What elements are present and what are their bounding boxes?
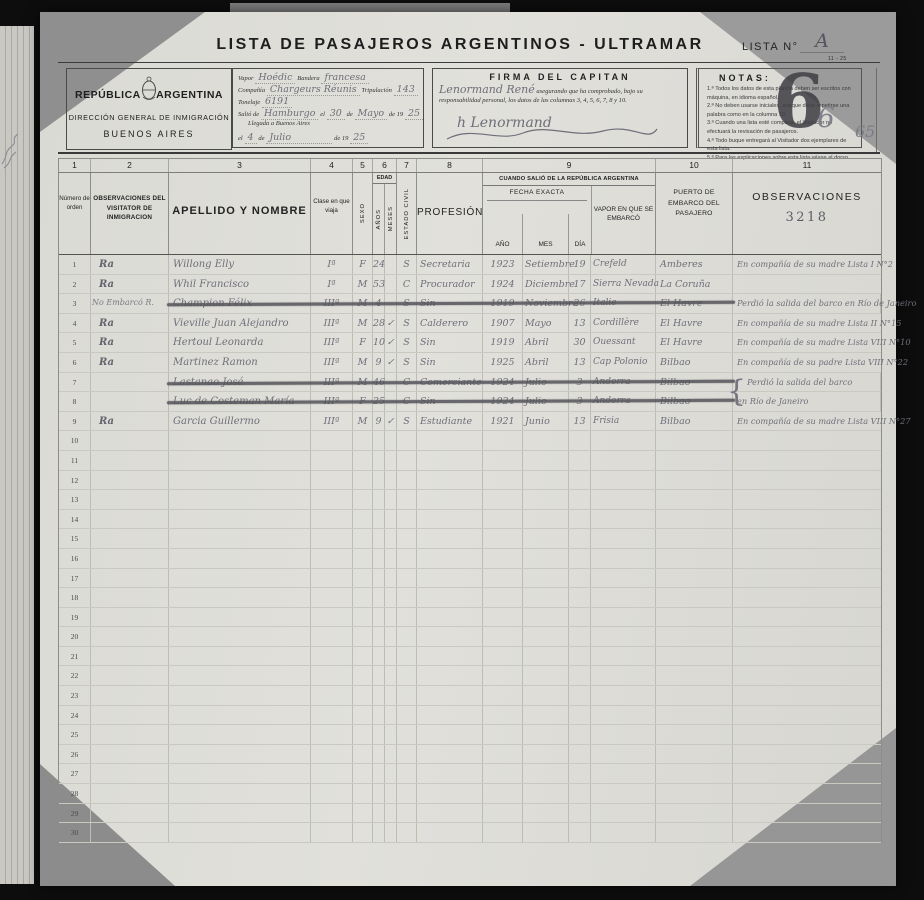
cell-mes: [523, 588, 569, 607]
table-row: 26: [59, 745, 881, 765]
cell-clase: [311, 471, 353, 490]
cell-vapor: [591, 647, 656, 666]
cell-vapor: [591, 764, 656, 783]
page-title: LISTA DE PASAJEROS ARGENTINOS - ULTRAMAR: [180, 36, 740, 54]
cell-name: [169, 666, 311, 685]
llegada-dia: 4: [245, 132, 257, 144]
cell-ano: 1925: [483, 353, 523, 372]
cell-mes: [523, 490, 569, 509]
cell-name: [169, 725, 311, 744]
cell-puerto: [656, 804, 733, 823]
cell-sexo: [353, 647, 373, 666]
cell-n: 2: [59, 275, 91, 294]
cell-anos: [373, 725, 385, 744]
cell-prof: [417, 529, 483, 548]
cell-anos: [373, 764, 385, 783]
cell-clase: [311, 823, 353, 842]
cell-mes: Abril: [523, 353, 569, 372]
cell-obs: En compañía de su madre Lista VIII N°27: [733, 412, 881, 431]
cell-n: 17: [59, 569, 91, 588]
cell-n: 21: [59, 647, 91, 666]
cell-ano: 1919: [483, 333, 523, 352]
cell-dia: [569, 725, 591, 744]
cell-mes: [523, 647, 569, 666]
salio-anio: 25: [405, 108, 423, 120]
table-row: 20: [59, 627, 881, 647]
coat-of-arms-icon: [139, 75, 159, 103]
cell-puerto: [656, 745, 733, 764]
cell-dia: 30: [569, 333, 591, 352]
cell-prof: [417, 608, 483, 627]
captain-title: FIRMA DEL CAPITAN: [439, 72, 681, 82]
cell-puerto: Bilbao: [656, 412, 733, 431]
cell-n: 1: [59, 255, 91, 274]
cell-mes: [523, 745, 569, 764]
cell-vis: [91, 706, 169, 725]
cell-name: Vieville Juan Alejandro: [169, 314, 311, 333]
cell-puerto: El Havre: [656, 333, 733, 352]
cell-ano: [483, 745, 523, 764]
column-number: 8: [417, 159, 483, 172]
cell-dia: [569, 804, 591, 823]
cell-anos: [373, 569, 385, 588]
cell-clase: [311, 647, 353, 666]
cell-anos: [373, 608, 385, 627]
cell-puerto: [656, 569, 733, 588]
cell-anos: [373, 588, 385, 607]
cell-ano: [483, 627, 523, 646]
cell-vapor: Cordillère: [591, 314, 656, 333]
cell-mes: [523, 686, 569, 705]
cell-name: [169, 431, 311, 450]
cell-n: 4: [59, 314, 91, 333]
cell-mes: [523, 569, 569, 588]
cell-clase: [311, 510, 353, 529]
cell-dia: [569, 431, 591, 450]
cell-vapor: [591, 706, 656, 725]
cell-estado: [397, 588, 417, 607]
cell-puerto: [656, 431, 733, 450]
cell-n: 19: [59, 608, 91, 627]
cell-vis: [91, 431, 169, 450]
cell-sexo: [353, 666, 373, 685]
cell-vapor: Cap Polonio: [591, 353, 656, 372]
cell-anos: [373, 745, 385, 764]
cell-n: 8: [59, 392, 91, 411]
cell-name: [169, 745, 311, 764]
table-row: 9RaGarcia GuillermoIIIªM9✓SEstudiante192…: [59, 412, 881, 432]
cell-clase: IIIª: [311, 412, 353, 431]
cell-mes: [523, 764, 569, 783]
cell-sexo: F: [353, 333, 373, 352]
cell-estado: [397, 725, 417, 744]
cell-obs: [733, 275, 881, 294]
header-mes: MES: [523, 214, 569, 254]
cell-name: [169, 569, 311, 588]
cell-prof: [417, 627, 483, 646]
cell-meses: [385, 666, 397, 685]
cell-sexo: M: [353, 412, 373, 431]
cell-puerto: [656, 529, 733, 548]
cell-puerto: La Coruña: [656, 275, 733, 294]
cell-vis: [91, 745, 169, 764]
de192-label: de 19: [334, 135, 348, 142]
cell-anos: [373, 431, 385, 450]
cell-name: Willong Elly: [169, 255, 311, 274]
org-buenos-aires: BUENOS AIRES: [67, 129, 231, 139]
table-row: 19: [59, 608, 881, 628]
table-row: 29: [59, 804, 881, 824]
table-row: 21: [59, 647, 881, 667]
cell-estado: [397, 745, 417, 764]
cell-dia: [569, 823, 591, 842]
cell-ano: [483, 647, 523, 666]
cell-sexo: [353, 725, 373, 744]
cell-vapor: [591, 686, 656, 705]
cell-mes: [523, 451, 569, 470]
cell-obs: Perdió la salida del barco: [733, 373, 881, 392]
cell-vapor: [591, 569, 656, 588]
table-row: 3No Embarcó R.Champion FélixIIIªM4SSin19…: [59, 294, 881, 314]
llegada-anio: 25: [350, 132, 368, 144]
cell-prof: [417, 647, 483, 666]
cell-clase: [311, 725, 353, 744]
lista-number-label: LISTA N°: [742, 41, 799, 53]
cell-name: [169, 706, 311, 725]
cell-ano: [483, 764, 523, 783]
table-body: 1RaWillong EllyIªF24SSecretaria1923Setie…: [59, 255, 881, 843]
cell-clase: [311, 745, 353, 764]
table-row: 22: [59, 666, 881, 686]
cell-puerto: [656, 471, 733, 490]
cell-n: 23: [59, 686, 91, 705]
cell-obs: En compañía de su madre Lista VIII N°10: [733, 333, 881, 352]
cell-ano: 1921: [483, 412, 523, 431]
cell-mes: [523, 706, 569, 725]
cell-vapor: [591, 725, 656, 744]
cell-puerto: [656, 608, 733, 627]
cell-anos: [373, 510, 385, 529]
table-row: 17: [59, 569, 881, 589]
header-clase: Clase en que viaja: [311, 173, 353, 254]
cell-estado: S: [397, 255, 417, 274]
cell-meses: [385, 275, 397, 294]
header-meses: MESES: [384, 184, 396, 254]
cell-ano: [483, 471, 523, 490]
table-row: 15: [59, 529, 881, 549]
cell-anos: [373, 451, 385, 470]
cell-vapor: [591, 627, 656, 646]
cell-mes: [523, 804, 569, 823]
cell-name: Hertoul Leonarda: [169, 333, 311, 352]
cell-vapor: Sierra Nevada: [591, 275, 656, 294]
cell-clase: [311, 706, 353, 725]
cell-name: [169, 549, 311, 568]
cell-sexo: [353, 627, 373, 646]
cell-name: [169, 529, 311, 548]
header-sexo: SEXO: [353, 173, 373, 254]
cell-meses: [385, 255, 397, 274]
de19-label: de 19: [389, 111, 403, 118]
cell-vis: [91, 529, 169, 548]
table-header: Número de orden OBSERVACIONES DEL VISITA…: [59, 173, 881, 255]
cell-vapor: [591, 471, 656, 490]
cell-ano: [483, 823, 523, 842]
cell-n: 26: [59, 745, 91, 764]
cell-sexo: [353, 686, 373, 705]
cell-clase: [311, 431, 353, 450]
divider: [58, 62, 880, 63]
cell-estado: [397, 431, 417, 450]
el2-label: el: [238, 135, 243, 142]
cell-vis: [91, 510, 169, 529]
cell-vis: [91, 490, 169, 509]
cell-anos: [373, 627, 385, 646]
cell-estado: [397, 784, 417, 803]
cell-ano: [483, 588, 523, 607]
cell-vis: [91, 666, 169, 685]
cell-vapor: [591, 431, 656, 450]
cell-puerto: [656, 627, 733, 646]
cell-dia: 19: [569, 255, 591, 274]
cell-mes: [523, 627, 569, 646]
cell-obs: [733, 471, 881, 490]
salio-dia: 30: [327, 108, 345, 120]
cell-ano: [483, 804, 523, 823]
cell-ano: [483, 451, 523, 470]
vapor-value: Hoédic: [255, 72, 295, 84]
cell-mes: [523, 784, 569, 803]
cell-prof: Sin: [417, 353, 483, 372]
cell-clase: [311, 451, 353, 470]
cell-puerto: [656, 666, 733, 685]
cell-vis: [91, 392, 169, 411]
header-ano: AÑO: [483, 214, 523, 254]
cell-prof: [417, 823, 483, 842]
cell-vis: [91, 804, 169, 823]
cell-sexo: [353, 588, 373, 607]
cell-prof: Estudiante: [417, 412, 483, 431]
column-number: 4: [311, 159, 353, 172]
cell-estado: [397, 627, 417, 646]
cell-anos: [373, 784, 385, 803]
cell-meses: [385, 451, 397, 470]
header-profesion: PROFESIÓN: [417, 173, 483, 254]
cell-obs: [733, 666, 881, 685]
cell-clase: IIIª: [311, 314, 353, 333]
header-dia: DÍA: [569, 214, 591, 254]
org-box: REPÚBLICA ARGENTINA DIRECCIÓN GENERAL DE…: [66, 68, 232, 150]
scan-background: { "colors":{"paper":"#dedcd6","ink":"#24…: [0, 0, 924, 900]
cell-obs: [733, 529, 881, 548]
column-number: 6: [373, 159, 397, 172]
cell-vis: No Embarcó R.: [91, 294, 169, 313]
cell-mes: Abril: [523, 333, 569, 352]
cell-meses: [385, 823, 397, 842]
cell-n: 18: [59, 588, 91, 607]
cell-anos: [373, 666, 385, 685]
cell-prof: [417, 745, 483, 764]
cell-clase: [311, 666, 353, 685]
passenger-table: 1234567891011 Número de orden OBSERVACIO…: [58, 158, 882, 843]
cell-ano: [483, 510, 523, 529]
cell-meses: [385, 490, 397, 509]
cell-n: 15: [59, 529, 91, 548]
captain-signature-flourish: [443, 123, 663, 147]
cell-ano: [483, 431, 523, 450]
cell-meses: [385, 764, 397, 783]
cell-prof: Secretaria: [417, 255, 483, 274]
cell-obs: [733, 647, 881, 666]
cell-meses: [385, 627, 397, 646]
cell-obs: [733, 510, 881, 529]
table-row: 13: [59, 490, 881, 510]
cell-name: [169, 686, 311, 705]
cell-n: 30: [59, 823, 91, 842]
cell-estado: [397, 451, 417, 470]
cell-meses: [385, 549, 397, 568]
cell-prof: Calderero: [417, 314, 483, 333]
cell-clase: Iª: [311, 255, 353, 274]
cell-vis: [91, 608, 169, 627]
cell-mes: [523, 608, 569, 627]
cell-meses: [385, 431, 397, 450]
cell-obs: En compañía de su padre Lista VIII N°22: [733, 353, 881, 372]
cell-anos: [373, 549, 385, 568]
cell-puerto: [656, 510, 733, 529]
cell-estado: C: [397, 275, 417, 294]
cell-vapor: Crefeld: [591, 255, 656, 274]
table-row: 14: [59, 510, 881, 530]
cell-ano: [483, 549, 523, 568]
cell-dia: [569, 549, 591, 568]
org-direccion: DIRECCIÓN GENERAL DE INMIGRACIÓN: [67, 113, 231, 122]
cell-name: [169, 490, 311, 509]
number-stamp-3218: 3218: [733, 210, 881, 225]
column-number: 11: [733, 159, 881, 172]
table-row: 16: [59, 549, 881, 569]
table-row: 1RaWillong EllyIªF24SSecretaria1923Setie…: [59, 255, 881, 275]
column-number: 2: [91, 159, 169, 172]
cell-clase: [311, 804, 353, 823]
cell-vapor: Ouessant: [591, 333, 656, 352]
cell-sexo: M: [353, 314, 373, 333]
cell-dia: [569, 471, 591, 490]
cell-prof: [417, 549, 483, 568]
cell-meses: [385, 706, 397, 725]
cell-vapor: [591, 451, 656, 470]
cell-vis: [91, 373, 169, 392]
bandera-value: francesa: [321, 72, 368, 84]
cell-estado: [397, 804, 417, 823]
cell-anos: 24: [373, 255, 385, 274]
cell-meses: [385, 745, 397, 764]
table-row: 28: [59, 784, 881, 804]
cell-n: 29: [59, 804, 91, 823]
cell-obs: [733, 804, 881, 823]
table-row: 5RaHertoul LeonardaIIIªF10✓SSin1919Abril…: [59, 333, 881, 353]
cell-prof: [417, 666, 483, 685]
cell-dia: [569, 686, 591, 705]
cell-ano: [483, 529, 523, 548]
cell-prof: [417, 588, 483, 607]
llegada-mes: Julio: [266, 132, 332, 144]
header-cuando-salio: CUANDO SALIÓ DE LA REPÚBLICA ARGENTINA F…: [483, 173, 656, 254]
cell-sexo: [353, 608, 373, 627]
cell-anos: 9: [373, 412, 385, 431]
cell-name: [169, 608, 311, 627]
header-edad: EDAD AÑOS MESES: [373, 173, 397, 254]
cell-n: 12: [59, 471, 91, 490]
cell-estado: [397, 471, 417, 490]
column-number: 7: [397, 159, 417, 172]
de-label: de: [347, 111, 353, 118]
cell-name: [169, 784, 311, 803]
cell-vis: [91, 725, 169, 744]
cell-sexo: F: [353, 255, 373, 274]
cell-n: 11: [59, 451, 91, 470]
cell-dia: [569, 588, 591, 607]
cell-meses: [385, 686, 397, 705]
column-number: 3: [169, 159, 311, 172]
cell-sexo: [353, 529, 373, 548]
cell-anos: [373, 686, 385, 705]
cell-name: [169, 804, 311, 823]
cell-name: [169, 471, 311, 490]
cell-n: 3: [59, 294, 91, 313]
table-row: 18: [59, 588, 881, 608]
cell-estado: [397, 706, 417, 725]
cell-n: 25: [59, 725, 91, 744]
cell-meses: ✓: [385, 314, 397, 333]
el-label: el: [320, 111, 325, 118]
cell-obs: [733, 706, 881, 725]
cell-obs: [733, 588, 881, 607]
cell-estado: [397, 764, 417, 783]
header-apellido-nombre: APELLIDO Y NOMBRE: [169, 173, 311, 254]
cell-dia: 13: [569, 353, 591, 372]
margin-scribble: [0, 128, 30, 170]
cell-estado: [397, 510, 417, 529]
cell-estado: [397, 823, 417, 842]
notes-box: NOTAS: 1.ª Todos los datos de esta plani…: [696, 68, 862, 148]
cell-vapor: [591, 588, 656, 607]
table-row: 10: [59, 431, 881, 451]
table-row: 2RaWhil FranciscoIªM53CProcurador1924Dic…: [59, 275, 881, 295]
cell-vapor: [591, 823, 656, 842]
table-row: 12: [59, 471, 881, 491]
cell-estado: [397, 666, 417, 685]
cell-obs: [733, 627, 881, 646]
cell-name: Martinez Ramon: [169, 353, 311, 372]
cell-ano: [483, 686, 523, 705]
cell-sexo: [353, 549, 373, 568]
cell-dia: [569, 451, 591, 470]
header-observaciones: OBSERVACIONES 3218: [733, 173, 881, 254]
cell-prof: [417, 471, 483, 490]
cell-mes: [523, 471, 569, 490]
cell-anos: 10: [373, 333, 385, 352]
cell-obs: en Río de Janeiro: [733, 392, 881, 411]
page-number-pencil: 65: [855, 122, 875, 141]
cell-obs: [733, 764, 881, 783]
cell-ano: 1924: [483, 275, 523, 294]
table-row: 7Lastanao JoséIIIªM46CComerciante1924Jul…: [59, 373, 881, 393]
cell-mes: Mayo: [523, 314, 569, 333]
cell-ano: 1907: [483, 314, 523, 333]
cell-prof: [417, 451, 483, 470]
cell-vis: [91, 627, 169, 646]
